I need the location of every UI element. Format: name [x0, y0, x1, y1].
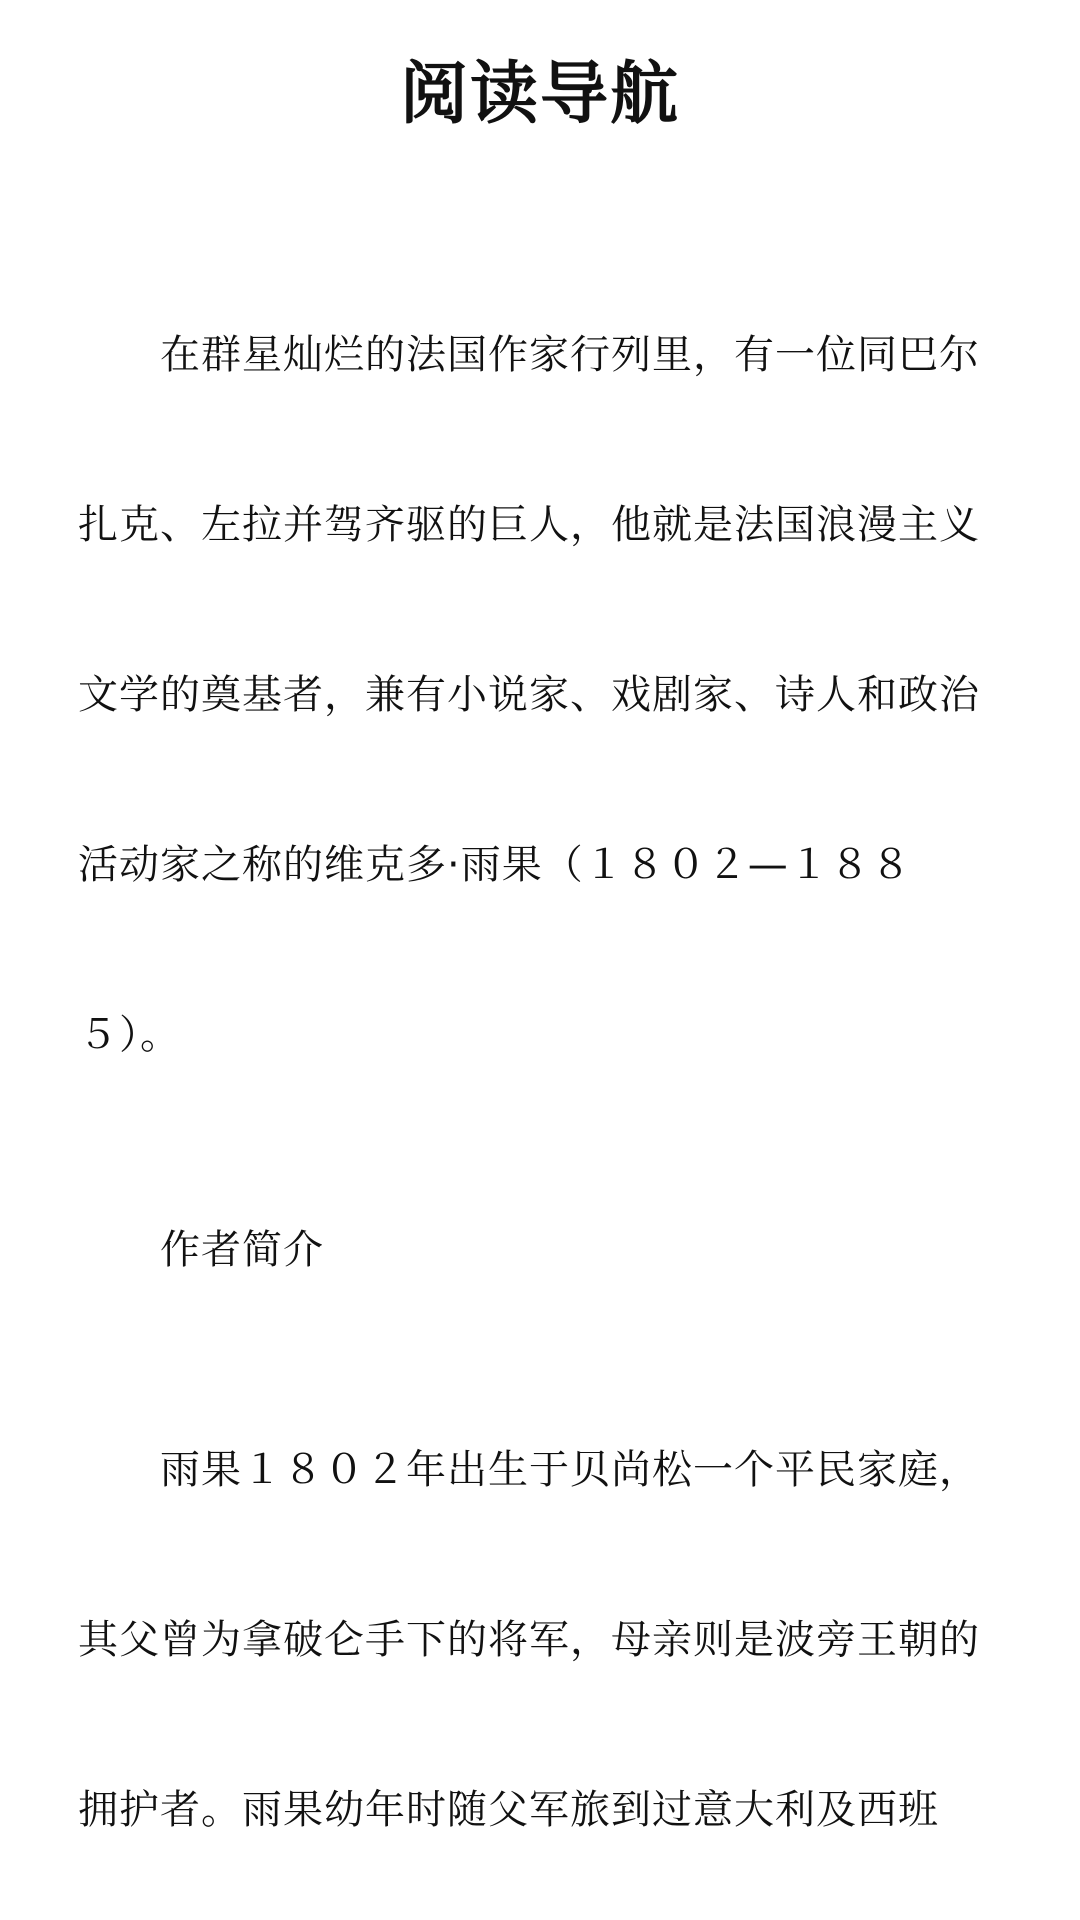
paragraph-line: 其父曾为拿破仑手下的将军，母亲则是波旁王朝的: [78, 1615, 980, 1665]
page-title: 阅读导航: [0, 55, 1080, 135]
paragraph-line: 雨果１８０２年出生于贝尚松一个平民家庭，: [160, 1445, 980, 1495]
paragraph-line: 在群星灿烂的法国作家行列里，有一位同巴尔: [160, 330, 980, 380]
paragraph-line: 文学的奠基者，兼有小说家、戏剧家、诗人和政治: [78, 670, 980, 720]
section-heading: 作者简介: [160, 1225, 324, 1275]
paragraph-line: ５）。: [78, 1010, 181, 1060]
paragraph-line: 拥护者。雨果幼年时随父军旅到过意大利及西班: [78, 1785, 939, 1835]
paragraph-line: 扎克、左拉并驾齐驱的巨人，他就是法国浪漫主义: [78, 500, 980, 550]
paragraph-line: 活动家之称的维克多·雨果（１８０２—１８８: [78, 840, 912, 890]
